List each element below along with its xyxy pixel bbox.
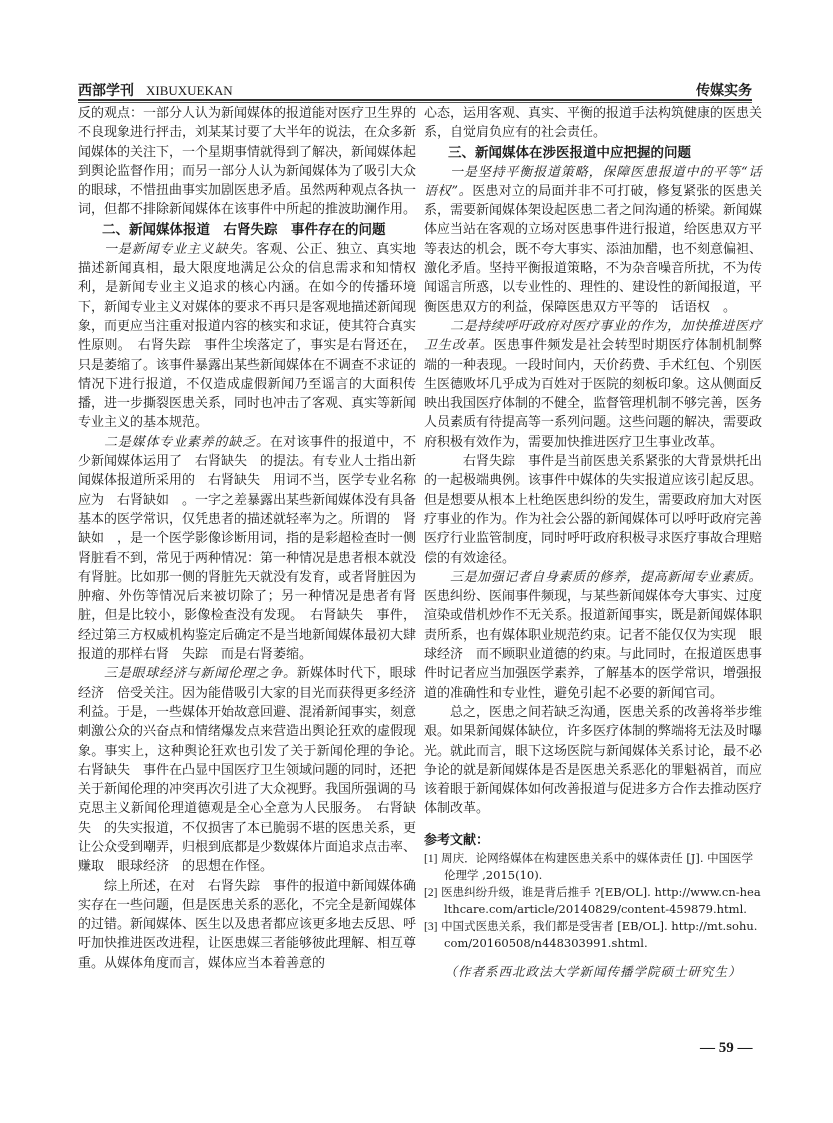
author-note: （作者系西北政法大学新闻传播学院硕士研究生） [424,962,762,981]
paragraph-body: 医患对立的局面并非不可打破，修复紧张的医患关系，需要新闻媒体架设起医患二者之间沟… [424,184,762,315]
paragraph-lead: 一是新闻专业主义缺失。 [104,242,256,257]
reference-item: [2] 医患纠纷升级，谁是背后推手 ?[EB/OL]. http://www.c… [424,884,762,918]
section-heading: 三、新闻媒体在涉医报道中应把握的问题 [424,143,762,163]
paragraph-lead: 二是媒体专业素养的缺乏。 [104,435,270,450]
paragraph: 一是坚持平衡报道策略，保障医患报道中的平等“话语权”。医患对立的局面并非不可打破… [424,163,762,317]
paragraph: 三是加强记者自身素质的修养，提高新闻专业素质。医患纠纷、医闹事件频现，与某些新闻… [424,568,762,703]
reference-item: [1] 周庆．论网络媒体在构建医患关系中的媒体责任 [J]. 中国医学伦理学 ,… [424,850,762,884]
paragraph-body: 在对该事件的报道中，不少新闻媒体运用了 右肾缺失 的提法。有专业人士指出新闻媒体… [78,435,416,662]
paragraph: 三是眼球经济与新闻伦理之争。新媒体时代下，眼球经济 倍受关注。因为能借吸引大家的… [78,664,416,876]
reference-item: [3] 中国式医患关系，我们都是受害者 [EB/OL]. http://mt.s… [424,918,762,952]
header-rule-thin [78,102,752,103]
paragraph-lead: 三是加强记者自身素质的修养，提高新闻专业素质。 [450,570,762,585]
journal-name-cn: 西部学刊 [78,83,134,99]
reference-number: [2] [424,887,437,899]
left-column: 反的观点：一部分人认为新闻媒体的报道能对医疗卫生界的不良现象进行抨击，刘某某讨要… [78,104,416,973]
reference-text: 周庆．论网络媒体在构建医患关系中的媒体责任 [J]. 中国医学伦理学 ,2015… [441,851,753,883]
right-column: 心态，运用客观、真实、平衡的报道手法构筑健康的医患关系，自觉肩负应有的社会责任。… [424,104,762,981]
reference-text: 医患纠纷升级，谁是背后推手 ?[EB/OL]. http://www.cn-he… [441,885,761,917]
reference-number: [1] [424,853,437,865]
page-number: — 59 — [700,1040,753,1057]
paragraph-body: 新媒体时代下，眼球经济 倍受关注。因为能借吸引大家的目光而获得更多经济利益。于是… [78,666,429,874]
running-header: 西部学刊XIBUXUEKAN 传媒实务 [78,78,752,100]
paragraph: 二是持续呼吁政府对医疗事业的作为，加快推进医疗卫生改革。医患事件频发是社会转型时… [424,317,762,452]
journal-name-en: XIBUXUEKAN [146,83,233,98]
section-heading: 二、新闻媒体报道 右肾失踪 事件存在的问题 [78,220,416,240]
paragraph: 心态，运用客观、真实、平衡的报道手法构筑健康的医患关系，自觉肩负应有的社会责任。 [424,104,762,143]
reference-number: [3] [424,921,437,933]
paragraph-body: 客观、公正、独立、真实地描述新闻真相，最大限度地满足公众的信息需求和知情权利，是… [78,242,416,431]
paragraph-lead: 三是眼球经济与新闻伦理之争。 [104,666,297,681]
header-rule-thick [78,99,752,101]
reference-text: 中国式医患关系，我们都是受害者 [EB/OL]. http://mt.sohu.… [441,919,757,951]
references-heading: 参考文献： [424,831,762,850]
paragraph: 综上所述，在对 右肾失踪 事件的报道中新闻媒体确实存在一些问题，但是医患关系的恶… [78,877,416,973]
journal-title: 西部学刊XIBUXUEKAN [78,80,233,100]
paragraph-body: 医患纠纷、医闹事件频现，与某些新闻媒体夸大事实、过度渲染或借机炒作不无关系。报道… [424,589,762,700]
paragraph: 右肾失踪 事件是当前医患关系紧张的大背景烘托出的一起极端典例。该事件中媒体的失实… [424,452,762,568]
paragraph: 一是新闻专业主义缺失。客观、公正、独立、真实地描述新闻真相，最大限度地满足公众的… [78,240,416,433]
paragraph: 总之，医患之间若缺乏沟通，医患关系的改善将举步维艰。如果新闻媒体缺位，许多医疗体… [424,703,762,819]
paragraph-body: 医患事件频发是社会转型时期医疗体制机制弊端的一种表现。一段时间内，天价药费、手术… [424,338,762,449]
paragraph: 二是媒体专业素养的缺乏。在对该事件的报道中，不少新闻媒体运用了 右肾缺失 的提法… [78,433,416,665]
paragraph: 反的观点：一部分人认为新闻媒体的报道能对医疗卫生界的不良现象进行抨击，刘某某讨要… [78,104,416,220]
section-title: 传媒实务 [696,80,752,100]
